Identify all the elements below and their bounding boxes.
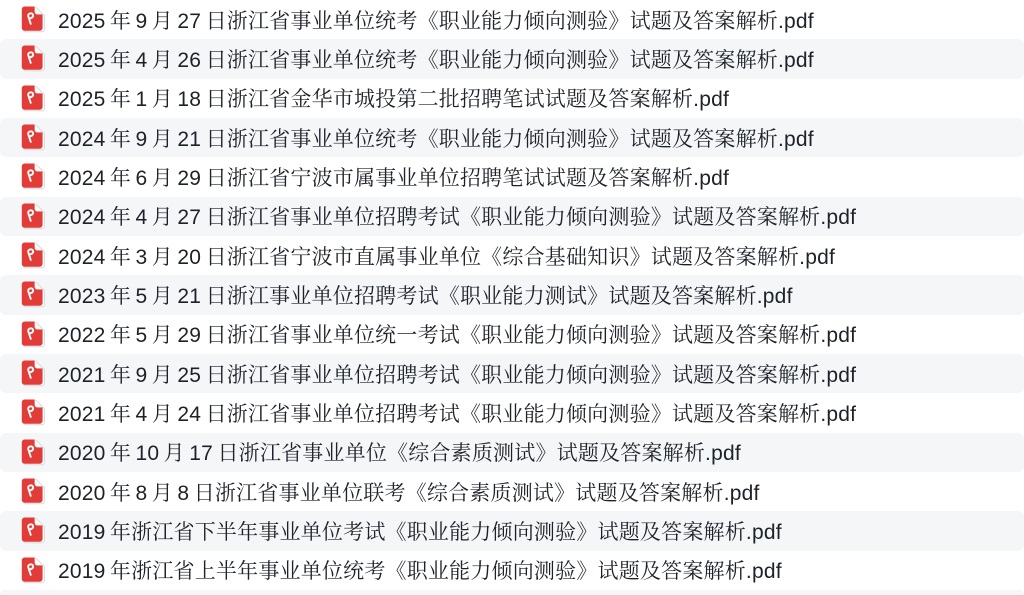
pdf-file-icon <box>19 202 46 231</box>
file-row[interactable]: 2020 年 8 月 8 日浙江省事业单位联考《综合素质测试》试题及答案解析.p… <box>0 472 1024 511</box>
file-row[interactable]: 2021 年 4 月 24 日浙江省事业单位招聘考试《职业能力倾向测验》试题及答… <box>0 393 1024 432</box>
file-row[interactable]: 2019 年浙江省上半年事业单位统考《职业能力倾向测验》试题及答案解析.pdf <box>0 551 1024 590</box>
file-row[interactable]: 2024 年 3 月 20 日浙江省宁波市直属事业单位《综合基础知识》试题及答案… <box>0 236 1024 275</box>
pdf-file-icon <box>19 44 46 73</box>
file-name: 2024 年 4 月 27 日浙江省事业单位招聘考试《职业能力倾向测验》试题及答… <box>58 201 856 231</box>
file-name: 2024 年 3 月 20 日浙江省宁波市直属事业单位《综合基础知识》试题及答案… <box>58 241 835 271</box>
file-name: 2020 年 8 月 8 日浙江省事业单位联考《综合素质测试》试题及答案解析.p… <box>58 477 760 507</box>
file-row[interactable]: 2024 年 6 月 29 日浙江省宁波市属事业单位招聘笔试试题及答案解析.pd… <box>0 157 1024 196</box>
file-row[interactable]: 2021 年 9 月 25 日浙江省事业单位招聘考试《职业能力倾向测验》试题及答… <box>0 354 1024 393</box>
file-row[interactable]: 2025 年 1 月 18 日浙江省金华市城投第二批招聘笔试试题及答案解析.pd… <box>0 79 1024 118</box>
file-name: 2024 年 6 月 29 日浙江省宁波市属事业单位招聘笔试试题及答案解析.pd… <box>58 162 729 192</box>
pdf-file-icon <box>19 123 46 152</box>
file-name: 2021 年 9 月 25 日浙江省事业单位招聘考试《职业能力倾向测验》试题及答… <box>58 359 856 389</box>
pdf-file-icon <box>19 516 46 545</box>
pdf-file-icon <box>19 477 46 506</box>
pdf-file-icon <box>19 438 46 467</box>
file-name: 2019 年浙江省上半年事业单位统考《职业能力倾向测验》试题及答案解析.pdf <box>58 555 782 585</box>
file-list: 2025 年 9 月 27 日浙江省事业单位统考《职业能力倾向测验》试题及答案解… <box>0 0 1024 595</box>
file-row[interactable]: 2025 年 4 月 26 日浙江省事业单位统考《职业能力倾向测验》试题及答案解… <box>0 39 1024 78</box>
pdf-file-icon <box>19 84 46 113</box>
file-row[interactable]: 2025 年 9 月 27 日浙江省事业单位统考《职业能力倾向测验》试题及答案解… <box>0 0 1024 39</box>
pdf-file-icon <box>19 241 46 270</box>
file-name: 2020 年 10 月 17 日浙江省事业单位《综合素质测试》试题及答案解析.p… <box>58 437 741 467</box>
file-name: 2025 年 1 月 18 日浙江省金华市城投第二批招聘笔试试题及答案解析.pd… <box>58 83 729 113</box>
file-row[interactable]: 2024 年 9 月 21 日浙江省事业单位统考《职业能力倾向测验》试题及答案解… <box>0 118 1024 157</box>
pdf-file-icon <box>19 398 46 427</box>
pdf-file-icon <box>19 5 46 34</box>
file-row[interactable]: 2019 年浙江省下半年事业单位考试《职业能力倾向测验》试题及答案解析.pdf <box>0 511 1024 550</box>
file-row[interactable]: 2020 年 10 月 17 日浙江省事业单位《综合素质测试》试题及答案解析.p… <box>0 433 1024 472</box>
pdf-file-icon <box>19 162 46 191</box>
pdf-file-icon <box>19 320 46 349</box>
file-row-partial <box>0 590 1024 595</box>
file-name: 2021 年 4 月 24 日浙江省事业单位招聘考试《职业能力倾向测验》试题及答… <box>58 398 856 428</box>
file-name: 2022 年 5 月 29 日浙江省事业单位统一考试《职业能力倾向测验》试题及答… <box>58 319 856 349</box>
pdf-file-icon <box>19 359 46 388</box>
pdf-file-icon <box>19 280 46 309</box>
file-row[interactable]: 2022 年 5 月 29 日浙江省事业单位统一考试《职业能力倾向测验》试题及答… <box>0 315 1024 354</box>
file-name: 2019 年浙江省下半年事业单位考试《职业能力倾向测验》试题及答案解析.pdf <box>58 516 782 546</box>
pdf-file-icon <box>19 556 46 585</box>
file-name: 2024 年 9 月 21 日浙江省事业单位统考《职业能力倾向测验》试题及答案解… <box>58 123 814 153</box>
file-name: 2025 年 4 月 26 日浙江省事业单位统考《职业能力倾向测验》试题及答案解… <box>58 44 814 74</box>
file-row[interactable]: 2023 年 5 月 21 日浙江事业单位招聘考试《职业能力测试》试题及答案解析… <box>0 275 1024 314</box>
file-row[interactable]: 2024 年 4 月 27 日浙江省事业单位招聘考试《职业能力倾向测验》试题及答… <box>0 197 1024 236</box>
file-name: 2023 年 5 月 21 日浙江事业单位招聘考试《职业能力测试》试题及答案解析… <box>58 280 793 310</box>
file-name: 2025 年 9 月 27 日浙江省事业单位统考《职业能力倾向测验》试题及答案解… <box>58 5 814 35</box>
